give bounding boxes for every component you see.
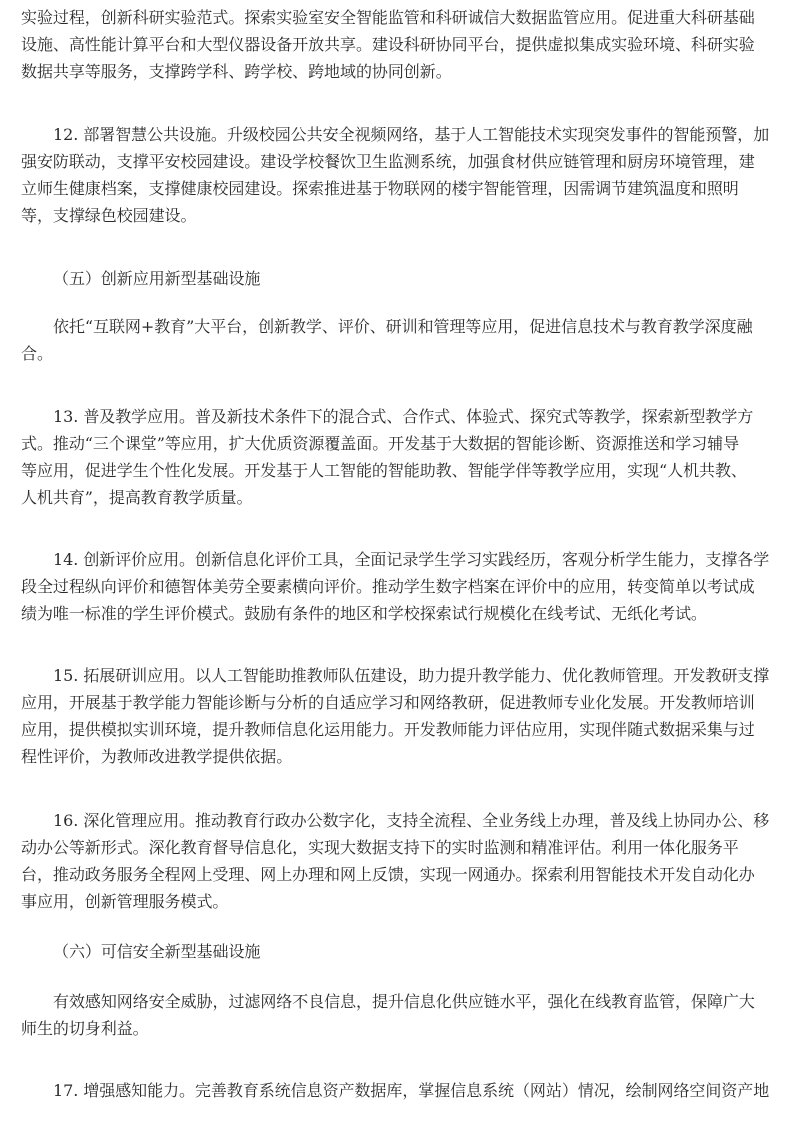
paragraph-line: 立师生健康档案，支撑健康校园建设。探索推进基于物联网的楼宇智能管理，因需调节建筑…: [21, 175, 739, 202]
paragraph-line: 应用，开展基于教学能力智能诊断与分析的自适应学习和网络教研，促进教师专业化发展。…: [21, 689, 755, 716]
paragraph-line: 等，支撑绿色校园建设。: [21, 202, 196, 229]
paragraph-line: 段全过程纵向评价和德智体美劳全要素横向评价。推动学生数字档案在评价中的应用，转变…: [21, 573, 755, 600]
item-16-first-line: 16. 深化管理应用。推动教育行政办公数字化，支持全流程、全业务线上办理，普及线…: [53, 807, 769, 834]
paragraph-line: 应用，提供模拟实训环境，提升教师信息化运用能力。开发教师能力评估应用，实现伴随式…: [21, 716, 755, 743]
paragraph-line: 动办公等新形式。深化教育督导信息化，实现大数据支持下的实时监测和精准评估。利用一…: [21, 834, 739, 861]
paragraph-line: 数据共享等服务，支撑跨学科、跨学校、跨地域的协同创新。: [21, 58, 452, 85]
section-6-intro-line: 有效感知网络安全威胁，过滤网络不良信息，提升信息化供应链水平，强化在线教育监管，…: [53, 988, 755, 1015]
item-14-first-line: 14. 创新评价应用。创新信息化评价工具，全面记录学生学习实践经历，客观分析学生…: [53, 546, 769, 573]
paragraph-line: 事应用，创新管理服务模式。: [21, 888, 228, 915]
item-13-first-line: 13. 普及教学应用。普及新技术条件下的混合式、合作式、体验式、探究式等教学，探…: [53, 403, 753, 430]
paragraph-line: 设施、高性能计算平台和大型仪器设备开放共享。建设科研协同平台，提供虚拟集成实验环…: [21, 31, 755, 58]
paragraph-line: 程性评价，为教师改进教学提供依据。: [21, 743, 292, 770]
item-17-first-line: 17. 增强感知能力。完善教育系统信息资产数据库，掌握信息系统（网站）情况，绘制…: [53, 1077, 769, 1104]
section-heading-6: （六）可信安全新型基础设施: [53, 938, 260, 965]
item-12-first-line: 12. 部署智慧公共设施。升级校园公共安全视频网络，基于人工智能技术实现突发事件…: [53, 121, 769, 148]
paragraph-line: 合。: [21, 340, 53, 367]
section-heading-5: （五）创新应用新型基础设施: [53, 265, 260, 292]
paragraph-line: 台，推动政务服务全程网上受理、网上办理和网上反馈，实现一网通办。探索利用智能技术…: [21, 861, 755, 888]
paragraph-line: 等应用，促进学生个性化发展。开发基于人工智能的智能助教、智能学伴等教学应用，实现…: [21, 457, 747, 484]
paragraph-line: 强安防联动，支撑平安校园建设。建设学校餐饮卫生监测系统，加强食材供应链管理和厨房…: [21, 148, 755, 175]
paragraph-line: 绩为唯一标准的学生评价模式。鼓励有条件的地区和学校探索试行规模化在线考试、无纸化…: [21, 600, 707, 627]
paragraph-line: 人机共育”，提高教育教学质量。: [21, 484, 252, 511]
paragraph-line: 实验过程，创新科研实验范式。探索实验室安全智能监管和科研诚信大数据监管应用。促进…: [21, 4, 755, 31]
item-15-first-line: 15. 拓展研训应用。以人工智能助推教师队伍建设，助力提升教学能力、优化教师管理…: [53, 662, 769, 689]
section-5-intro-line: 依托“互联网+教育”大平台，创新教学、评价、研训和管理等应用，促进信息技术与教育…: [53, 313, 753, 340]
paragraph-line: 师生的切身利益。: [21, 1015, 149, 1042]
paragraph-line: 式。推动“三个课堂”等应用，扩大优质资源覆盖面。开发基于大数据的智能诊断、资源推…: [21, 430, 739, 457]
